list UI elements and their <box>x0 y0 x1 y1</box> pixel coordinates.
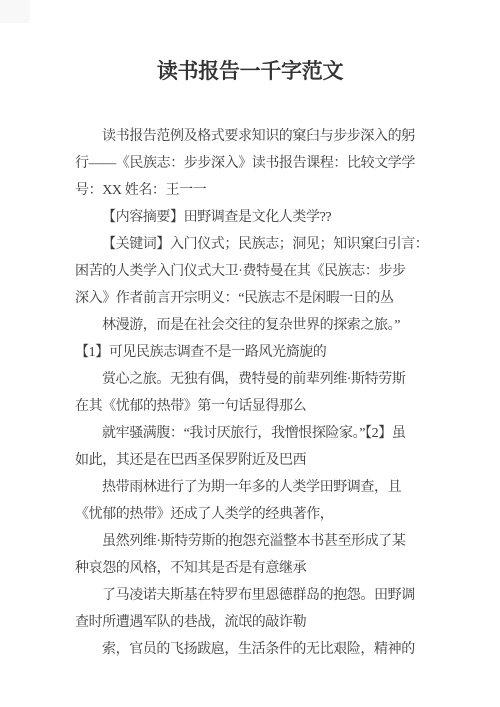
text-line: 《忧郁的热带》还成了人类学的经典著作， <box>75 501 425 528</box>
text-line: 行——《民族志：步步深入》读书报告课程：比较文学学 <box>75 150 425 177</box>
text-line: 赏心之旅。无独有偶，费特曼的前辈列维·斯特劳斯 <box>75 366 425 393</box>
document-body: 读书报告范例及格式要求知识的窠臼与步步深入的躬行——《民族志：步步深入》读书报告… <box>75 123 425 663</box>
scan-corner-artifact <box>0 0 30 23</box>
text-line: 【1】可见民族志调查不是一路风光旖旎的 <box>75 339 425 366</box>
document-page: 读书报告一千字范文 读书报告范例及格式要求知识的窠臼与步步深入的躬行——《民族志… <box>0 0 500 707</box>
text-line: 就牢骚满腹：“我讨厌旅行，我憎恨探险家。”【2】虽 <box>75 420 425 447</box>
text-line: 【内容摘要】田野调查是文化人类学?? <box>75 204 425 231</box>
text-line: 林漫游，而是在社会交往的复杂世界的探索之旅。” <box>75 312 425 339</box>
text-line: 热带雨林进行了为期一年多的人类学田野调查，且 <box>75 474 425 501</box>
text-line: 虽然列维·斯特劳斯的抱怨充溢整本书甚至形成了某 <box>75 528 425 555</box>
text-line: 在其《忧郁的热带》第一句话显得那么 <box>75 393 425 420</box>
text-line: 了马凌诺夫斯基在特罗布里恩德群岛的抱怨。田野调 <box>75 582 425 609</box>
text-line: 困苦的人类学入门仪式大卫·费特曼在其《民族志：步步 <box>75 258 425 285</box>
text-line: 如此，其还是在巴西圣保罗附近及巴西 <box>75 447 425 474</box>
text-line: 索，官员的飞扬跋扈，生活条件的无比艰险，精神的 <box>75 636 425 663</box>
page-title: 读书报告一千字范文 <box>0 55 500 85</box>
text-line: 【关键词】入门仪式；民族志；洞见；知识窠臼引言： <box>75 231 425 258</box>
text-line: 读书报告范例及格式要求知识的窠臼与步步深入的躬 <box>75 123 425 150</box>
text-line: 种哀怨的风格，不知其是否是有意继承 <box>75 555 425 582</box>
text-line: 查时所遭遇军队的巷战，流氓的敲诈勒 <box>75 609 425 636</box>
text-line: 深入》作者前言开宗明义：“民族志不是闲暇一日的丛 <box>75 285 425 312</box>
text-line: 号：XX 姓名：王一一 <box>75 177 425 204</box>
